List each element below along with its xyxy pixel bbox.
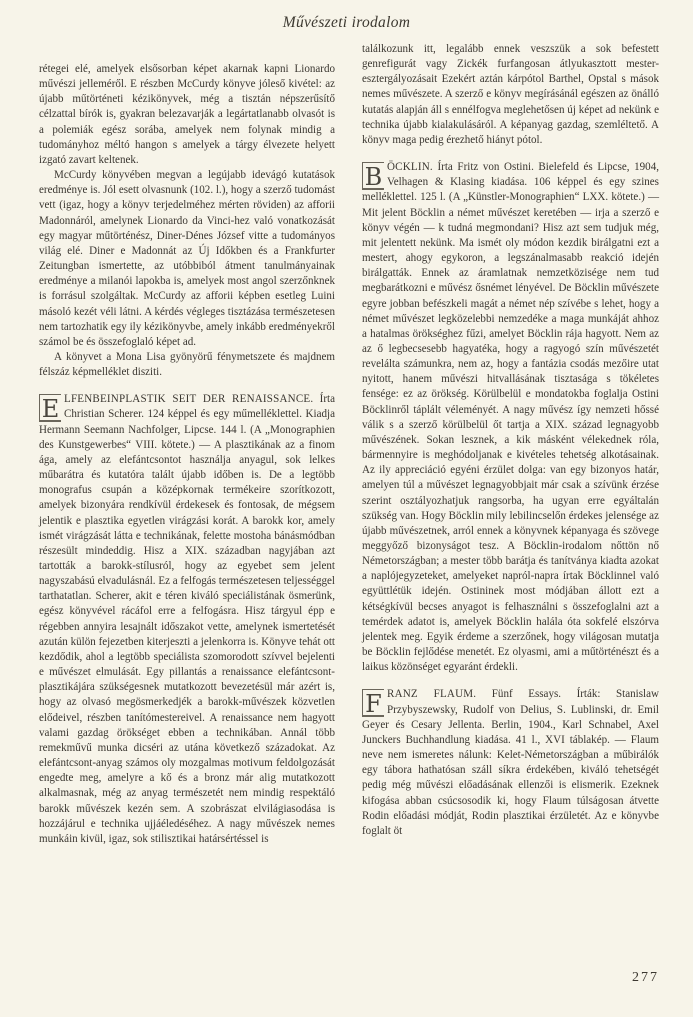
review-bocklin: BÖCKLIN. Írta Fritz von Ostini. Bielefel… (362, 160, 659, 675)
review-body: Írta Fritz von Ostini. Bielefeld és Lipc… (362, 161, 659, 673)
page-number: 277 (632, 970, 659, 986)
review-title: LFENBEINPLASTIK SEIT DER RENAISSANCE. (64, 393, 313, 405)
review-elfenbeinplastik: ELFENBEINPLASTIK SEIT DER RENAISSANCE. Í… (39, 392, 335, 847)
review-title: ÖCKLIN. (387, 161, 433, 173)
running-title: Művészeti irodalom (0, 14, 693, 32)
decorative-initial: F (362, 689, 384, 717)
left-column: rétegei elé, amelyek elsősorban képet ak… (39, 62, 335, 847)
paragraph: McCurdy könyvében megvan a legújabb idev… (39, 168, 335, 350)
review-title: RANZ FLAUM. (387, 688, 476, 700)
right-column: találkozunk itt, legalább ennek veszszük… (362, 42, 659, 839)
review-body: Fünf Essays. Írták: Stanislaw Przybyszew… (362, 688, 659, 836)
decorative-initial: B (362, 162, 384, 190)
decorative-initial: E (39, 394, 61, 422)
review-franz-flaum: FRANZ FLAUM. Fünf Essays. Írták: Stanisl… (362, 687, 659, 839)
paragraph: A könyvet a Mona Lisa gyönyörű fénymetsz… (39, 350, 335, 380)
review-body: Írta Christian Scherer. 124 képpel és eg… (39, 393, 335, 845)
paragraph: találkozunk itt, legalább ennek veszszük… (362, 42, 659, 148)
paragraph: rétegei elé, amelyek elsősorban képet ak… (39, 62, 335, 168)
